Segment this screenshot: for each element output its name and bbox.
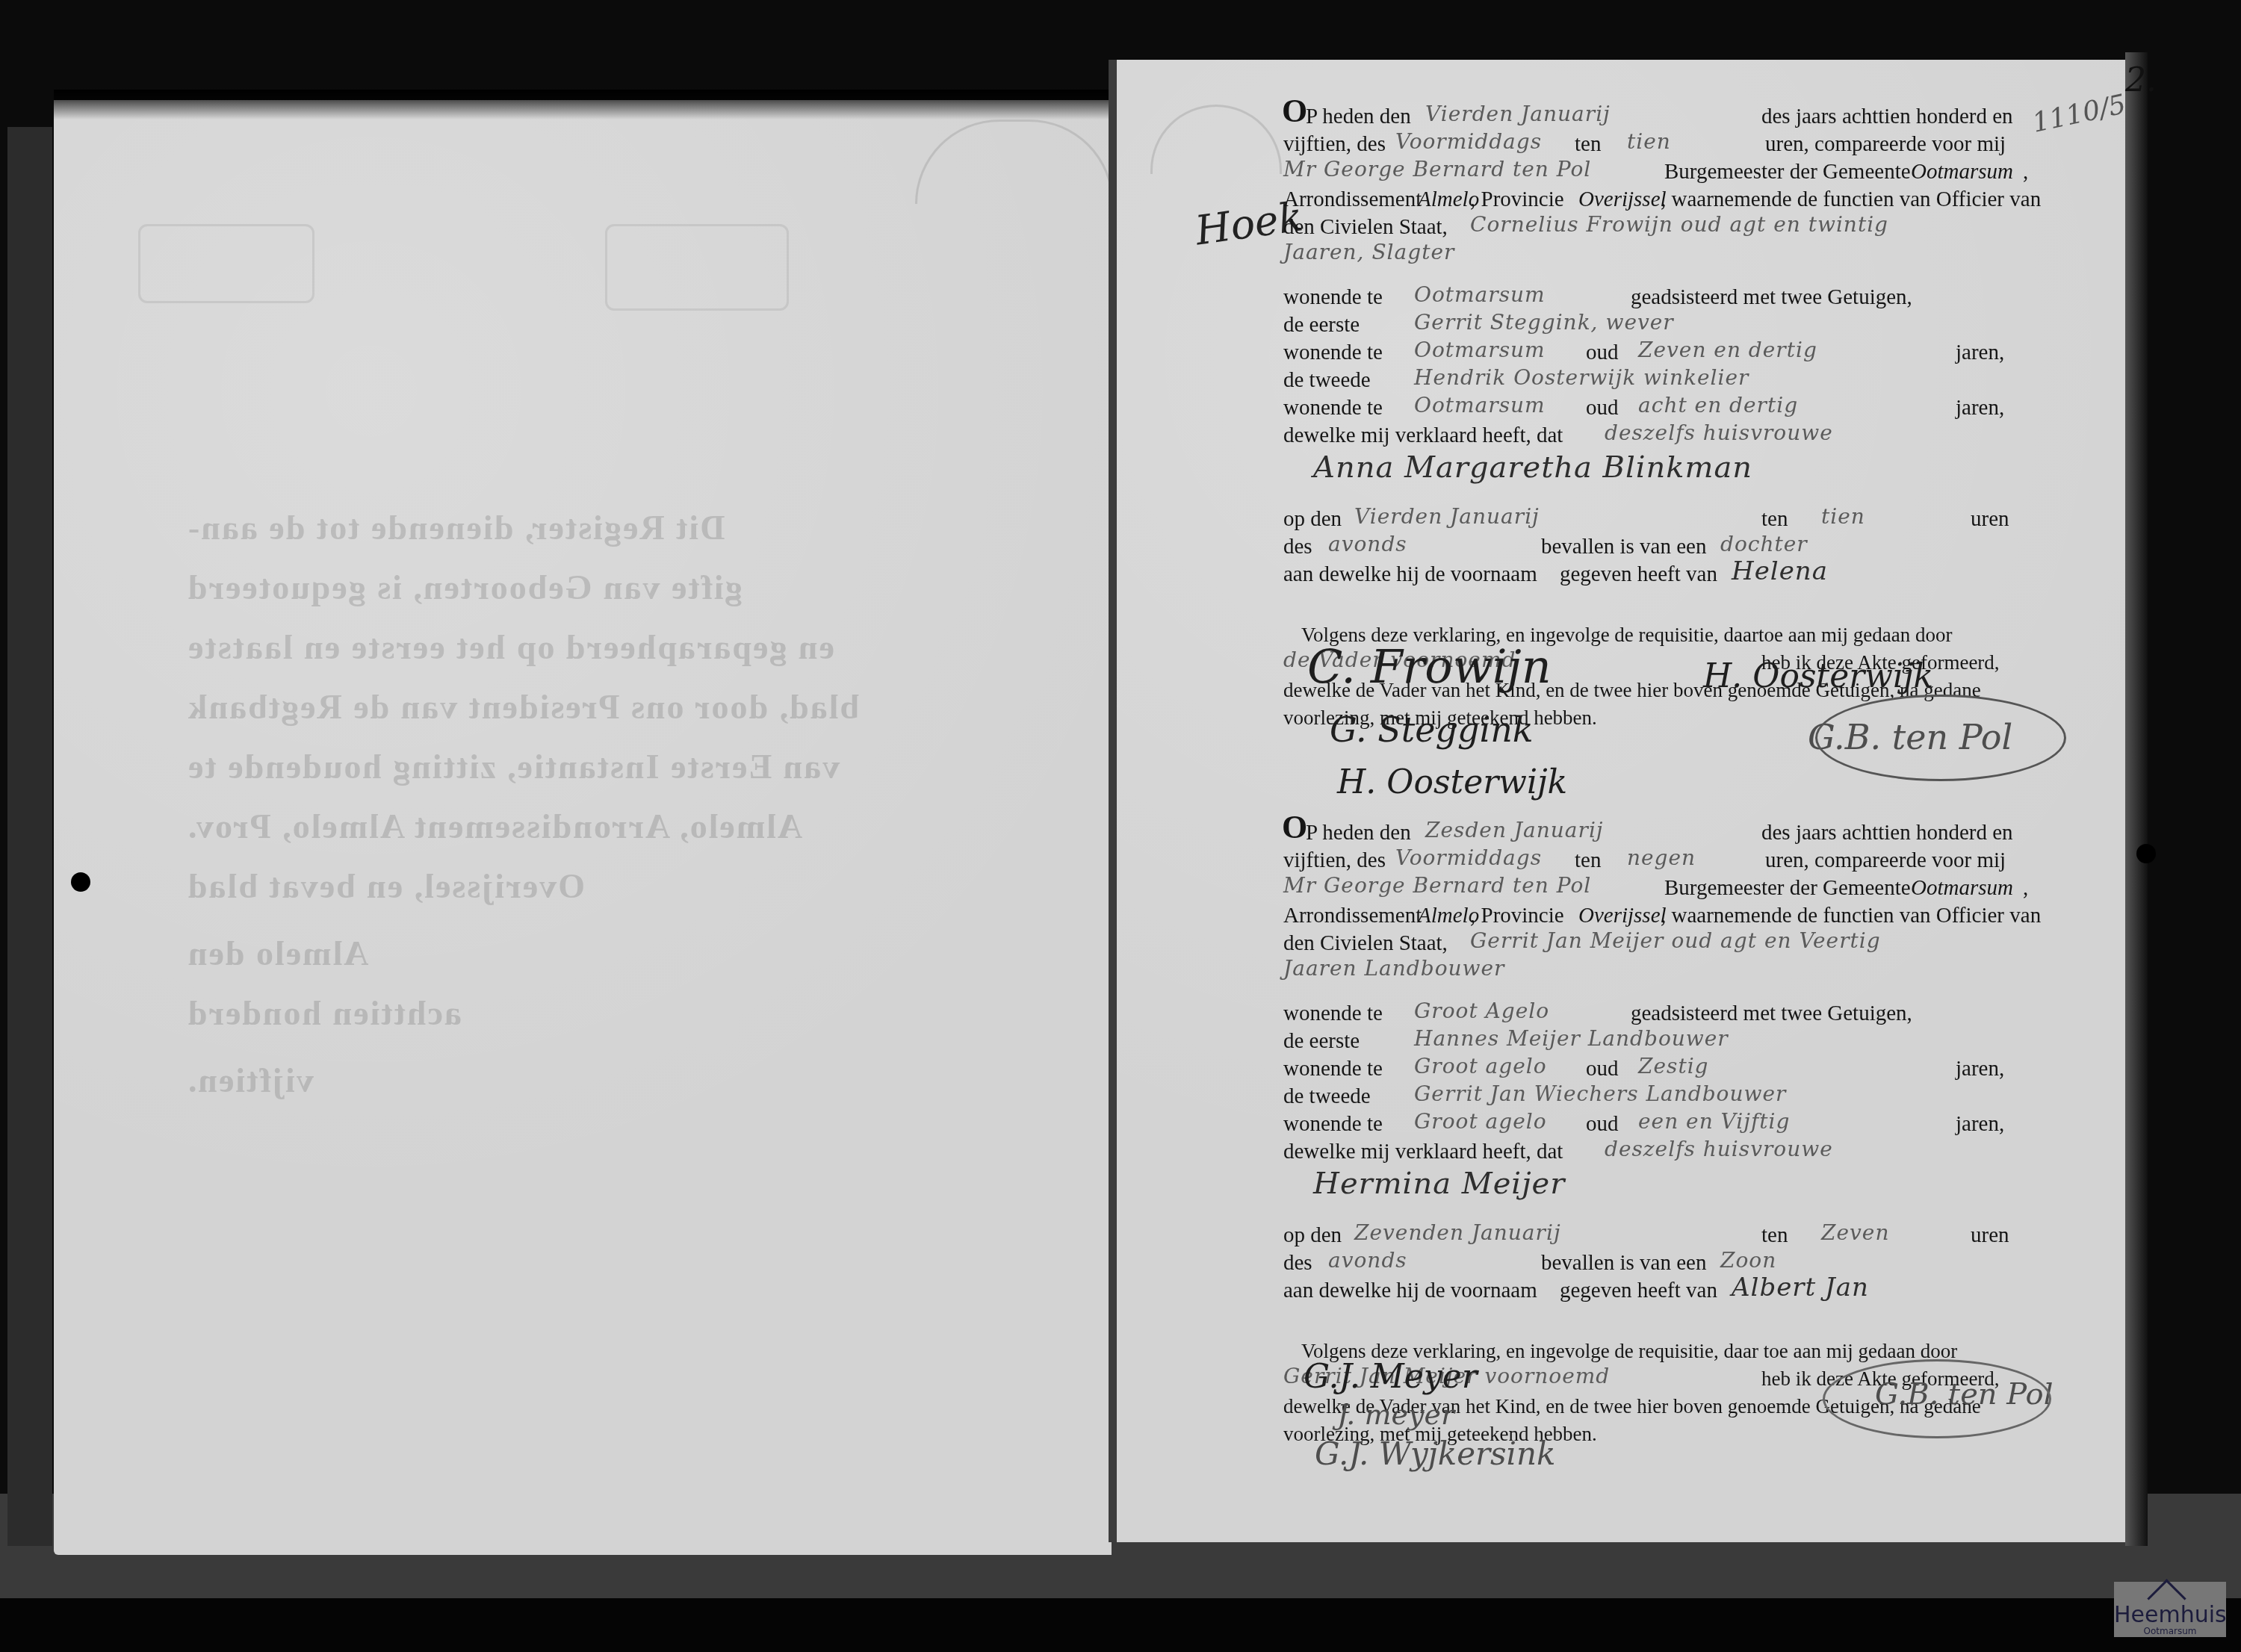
printed-text: den Civielen Staat, [1283, 214, 1448, 241]
printed-text: aan dewelke hij de voornaam [1283, 1277, 1537, 1305]
handwritten-mother-name: Hermina Meijer [1313, 1170, 1565, 1198]
birth-record-2: OP heden denZesden Januarijdes jaars ach… [1283, 819, 2030, 1448]
printed-text: de eerste [1283, 311, 1360, 339]
handwritten-child-sex: Zoon [1720, 1246, 1776, 1274]
handwritten-declarant: Jaaren Landbouwer [1283, 954, 1504, 982]
form-line: Hermina Meijer [1283, 1175, 2030, 1202]
printed-text: des [1283, 1249, 1312, 1277]
handwritten-child-sex: dochter [1720, 530, 1808, 558]
form-line: wonende teGroot Agelogeadsisteerd met tw… [1283, 1000, 2030, 1028]
printed-text: wonende te [1283, 284, 1383, 311]
form-line: aan dewelke hij de voornaamgegeven heeft… [1283, 1277, 2030, 1305]
printed-text: aan dewelke hij de voornaam [1283, 561, 1537, 589]
printed-text: jaren, [1956, 394, 2004, 422]
printed-text: oud [1586, 394, 1619, 422]
printed-text: dewelke mij verklaard heeft, dat [1283, 422, 1563, 450]
form-line: aan dewelke hij de voornaamgegeven heeft… [1283, 561, 2030, 589]
form-line: Mr George Bernard ten PolBurgemeester de… [1283, 158, 2030, 186]
form-line: de tweedeGerrit Jan Wiechers Landbouwer [1283, 1083, 2030, 1111]
handwritten-official: Mr George Bernard ten Pol [1283, 155, 1591, 183]
printed-text: , waarnemende de functien van Officier v… [1661, 186, 2041, 214]
signature: J. meyer [1337, 1398, 1454, 1431]
form-line: ArrondissementAlmelo, ProvincieOverijsse… [1283, 902, 2030, 930]
form-line: Mr George Bernard ten PolBurgemeester de… [1283, 875, 2030, 902]
handwritten-witness: Hendrik Oosterwijk winkelier [1414, 364, 1749, 391]
handwritten-witness: Gerrit Jan Wiechers Landbouwer [1414, 1080, 1786, 1108]
form-line: vijftien, desVoormiddagstennegenuren, co… [1283, 847, 2030, 875]
printed-text: den Civielen Staat, [1283, 930, 1448, 957]
show-through-line: blad, door ons President van de Regtbank [187, 687, 859, 727]
form-line: OP heden denVierden Januarijdes jaars ac… [1283, 103, 2030, 131]
handwritten-age: acht en dertig [1638, 391, 1798, 419]
form-line: desavondsbevallen is van eenZoon [1283, 1249, 2030, 1277]
place-name: Overijssel [1578, 186, 1667, 214]
form-line: OP heden denZesden Januarijdes jaars ach… [1283, 819, 2030, 847]
form-line: wonende teOotmarsumgeadsisteerd met twee… [1283, 284, 2030, 311]
printed-text: P heden den [1306, 103, 1411, 131]
printed-text: wonende te [1283, 1055, 1383, 1083]
printed-text: wonende te [1283, 1000, 1383, 1028]
show-through-line: en geparapheerd op het eerste en laatste [187, 627, 834, 667]
form-line: op denVierden Januarijtentienuren [1283, 506, 2030, 533]
signature-flourish [1823, 1359, 2051, 1438]
printed-text: , Provincie [1470, 186, 1564, 214]
scan-border-bottom [0, 1598, 2241, 1652]
printed-text: des jaars achttien honderd en [1761, 819, 2013, 847]
form-line: Jaaren, Slagter [1283, 241, 2030, 269]
punch-hole [71, 872, 90, 892]
printed-text: geadsisteerd met twee Getuigen, [1631, 1000, 1912, 1028]
handwritten-official: Mr George Bernard ten Pol [1283, 872, 1591, 899]
form-line: Anna Margaretha Blinkman [1283, 459, 2030, 486]
handwritten-birth-time: avonds [1328, 1246, 1407, 1274]
printed-text: , Provincie [1470, 902, 1564, 930]
faded-stamp-icon [138, 224, 314, 303]
printed-text: jaren, [1956, 1111, 2004, 1138]
printed-text: uren [1971, 506, 2009, 533]
handwritten-mother-name: Anna Margaretha Blinkman [1313, 454, 1752, 482]
printed-text: gegeven heeft van [1560, 561, 1717, 589]
logo-name: Heemhuis [2114, 1604, 2226, 1627]
printed-text: dewelke mij verklaard heeft, dat [1283, 1138, 1563, 1166]
place-name: Ootmarsum [1911, 875, 2013, 902]
form-line: de eersteGerrit Steggink, wever [1283, 311, 2030, 339]
initial-letter: O [1282, 97, 1307, 125]
form-line: Jaaren Landbouwer [1283, 957, 2030, 985]
form-line: ArrondissementAlmelo, ProvincieOverijsse… [1283, 186, 2030, 214]
printed-text: op den [1283, 506, 1342, 533]
printed-text: geadsisteerd met twee Getuigen, [1631, 284, 1912, 311]
show-through-line: Almelo, Arrondissement Almelo, Prov. [187, 807, 802, 846]
scan-border-left [7, 127, 52, 1546]
printed-text: uren, compareerde voor mij [1765, 131, 2006, 158]
form-line: den Civielen Staat,Gerrit Jan Meijer oud… [1283, 930, 2030, 957]
handwritten-declarant: Cornelius Frowijn oud agt en twintig [1470, 211, 1888, 238]
birth-record-1: OP heden denVierden Januarijdes jaars ac… [1283, 103, 2030, 732]
handwritten-daypart: Voormiddags [1395, 128, 1542, 155]
handwritten-birth-time: avonds [1328, 530, 1407, 558]
handwritten-age: Zestig [1638, 1052, 1709, 1080]
handwritten-residence: Groot agelo [1414, 1108, 1547, 1135]
printed-text: de tweede [1283, 1083, 1371, 1111]
signature: C. Frowijn [1307, 639, 1552, 694]
form-line: wonende teGroot agelooudZestigjaren, [1283, 1055, 2030, 1083]
handwritten-residence: Ootmarsum [1414, 336, 1546, 364]
handwritten-birth-date: Vierden Januarij [1354, 503, 1540, 530]
printed-text: Burgemeester der Gemeente [1664, 875, 1911, 902]
form-line: wonende teOotmarsumoudZeven en dertigjar… [1283, 339, 2030, 367]
form-line: dewelke mij verklaard heeft, datdeszelfs… [1283, 1138, 2030, 1166]
printed-text: wonende te [1283, 394, 1383, 422]
show-through-line: van Eerste Instantie, zitting houdende t… [187, 747, 840, 786]
handwritten-relation: deszelfs huisvrouwe [1605, 1135, 1833, 1163]
form-line: de eersteHannes Meijer Landbouwer [1283, 1028, 2030, 1055]
handwritten-date: Vierden Januarij [1425, 100, 1611, 128]
printed-text: ten [1761, 1222, 1788, 1249]
show-through-line: gifte van Geboorten, is gequoteerd [187, 568, 743, 607]
handwritten-residence: Ootmarsum [1414, 281, 1546, 308]
printed-text: Arrondissement [1283, 902, 1422, 930]
page-edge [2125, 52, 2148, 1546]
printed-text: bevallen is van een [1541, 1249, 1706, 1277]
printed-text: vijftien, des [1283, 131, 1386, 158]
form-line: vijftien, desVoormiddagstentienuren, com… [1283, 131, 2030, 158]
place-name: Ootmarsum [1911, 158, 2013, 186]
show-through-line: Overijssel, en bevat blad [187, 866, 585, 906]
printed-text: , [2023, 875, 2028, 902]
handwritten-residence: Groot agelo [1414, 1052, 1547, 1080]
form-line: de tweedeHendrik Oosterwijk winkelier [1283, 367, 2030, 394]
printed-text: de eerste [1283, 1028, 1360, 1055]
printed-text: op den [1283, 1222, 1342, 1249]
form-line: op denZevenden JanuarijtenZevenuren [1283, 1222, 2030, 1249]
signature: H. Oosterwijk [1337, 763, 1567, 801]
signature: G.J. Meyer [1304, 1358, 1478, 1396]
show-through-line: achttien honderd [187, 993, 462, 1033]
printed-text: , waarnemende de functien van Officier v… [1661, 902, 2041, 930]
folio-number: 2. [2125, 61, 2157, 99]
signature: G. Steggink [1330, 709, 1534, 750]
printed-text: de tweede [1283, 367, 1371, 394]
printed-text: P heden den [1306, 819, 1411, 847]
place-name: Overijssel [1578, 902, 1667, 930]
handwritten-hour: tien [1627, 128, 1671, 155]
printed-text: jaren, [1956, 339, 2004, 367]
printed-text: jaren, [1956, 1055, 2004, 1083]
printed-text: ten [1761, 506, 1788, 533]
printed-text: wonende te [1283, 339, 1383, 367]
printed-text: uren [1971, 1222, 2009, 1249]
handwritten-witness: Gerrit Steggink, wever [1414, 308, 1674, 336]
signature: G.J. Wyjkersink [1315, 1435, 1556, 1472]
printed-text: bevallen is van een [1541, 533, 1706, 561]
faded-stamp-icon [605, 224, 789, 311]
printed-text: Arrondissement [1283, 186, 1422, 214]
form-line: den Civielen Staat,Cornelius Frowijn oud… [1283, 214, 2030, 241]
handwritten-child-name: Helena [1732, 558, 1828, 586]
printed-text: des jaars achttien honderd en [1761, 103, 2013, 131]
form-line: wonende teGroot agelooudeen en Vijftigja… [1283, 1111, 2030, 1138]
handwritten-birth-hour: Zeven [1821, 1219, 1889, 1246]
printed-text: vijftien, des [1283, 847, 1386, 875]
handwritten-age: een en Vijftig [1638, 1108, 1790, 1135]
left-page-top-shadow [54, 90, 1112, 119]
printed-text: ten [1575, 131, 1601, 158]
handwritten-daypart: Voormiddags [1395, 844, 1542, 872]
printed-text: wonende te [1283, 1111, 1383, 1138]
handwritten-declarant: Gerrit Jan Meijer oud agt en Veertig [1470, 927, 1881, 954]
logo-subtitle: Ootmarsum [2114, 1627, 2226, 1636]
handwritten-relation: deszelfs huisvrouwe [1605, 419, 1833, 447]
handwritten-date: Zesden Januarij [1425, 816, 1604, 844]
handwritten-residence: Groot Agelo [1414, 997, 1549, 1025]
printed-text: oud [1586, 1111, 1619, 1138]
printed-text: des [1283, 533, 1312, 561]
punch-hole [2136, 844, 2156, 863]
printed-text: oud [1586, 1055, 1619, 1083]
printed-text: Burgemeester der Gemeente [1664, 158, 1911, 186]
initial-letter: O [1282, 813, 1307, 841]
show-through-line: vijftien. [187, 1061, 314, 1100]
signature-flourish [1815, 695, 2066, 781]
handwritten-declarant: Jaaren, Slagter [1283, 238, 1454, 266]
show-through-line: Dit Register, dienende tot de aan- [187, 508, 725, 547]
printed-text: gegeven heeft van [1560, 1277, 1717, 1305]
handwritten-residence: Ootmarsum [1414, 391, 1546, 419]
printed-text: ten [1575, 847, 1601, 875]
handwritten-hour: negen [1627, 844, 1696, 872]
printed-text: oud [1586, 339, 1619, 367]
show-through-line: Almelo den [187, 934, 369, 973]
signature: H. Oosterwijk [1703, 657, 1933, 695]
heemhuis-logo: Heemhuis Ootmarsum [2114, 1582, 2226, 1637]
form-line: wonende teOotmarsumoudacht en dertigjare… [1283, 394, 2030, 422]
handwritten-birth-hour: tien [1821, 503, 1865, 530]
printed-text: uren, compareerde voor mij [1765, 847, 2006, 875]
handwritten-child-name: Albert Jan [1732, 1274, 1869, 1302]
handwritten-witness: Hannes Meijer Landbouwer [1414, 1025, 1729, 1052]
form-line: desavondsbevallen is van eendochter [1283, 533, 2030, 561]
handwritten-age: Zeven en dertig [1638, 336, 1817, 364]
handwritten-birth-date: Zevenden Januarij [1354, 1219, 1561, 1246]
printed-text: , [2023, 158, 2028, 186]
form-line: dewelke mij verklaard heeft, datdeszelfs… [1283, 422, 2030, 450]
